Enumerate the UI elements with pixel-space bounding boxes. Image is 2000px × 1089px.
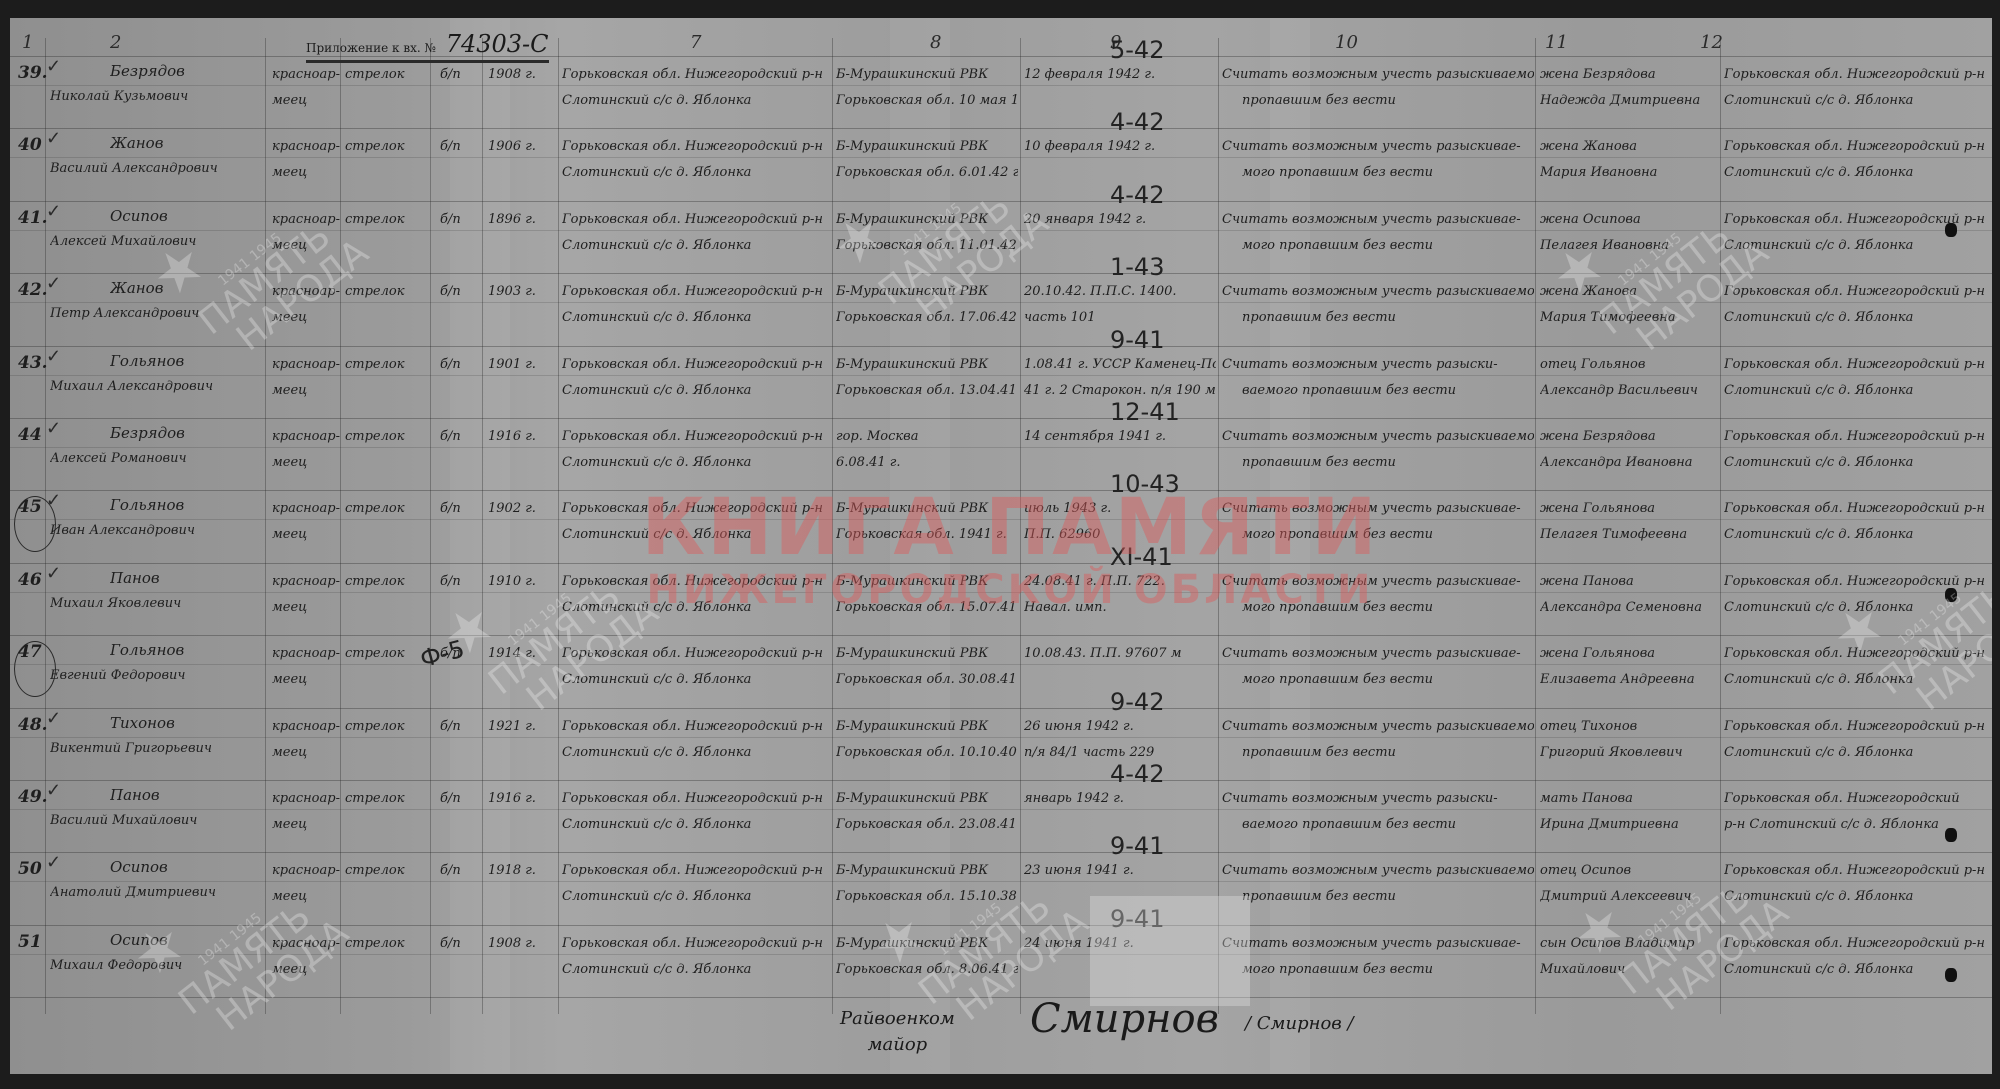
relative: жена Осипова xyxy=(1540,207,1718,233)
rank: красноар- xyxy=(272,931,342,957)
table-row: 49.✓ПановВасилий Михайловичкрасноар-меец… xyxy=(10,782,1992,854)
birth-year: 1906 г. xyxy=(488,134,558,160)
row-rule xyxy=(10,925,1992,926)
table-row: 39.✓БезрядовНиколай Кузьмовичкрасноар-ме… xyxy=(10,58,1992,130)
relative-address-cont: Слотинский с/с д. Яблонка xyxy=(1724,522,1986,548)
relative-address-cont: Слотинский с/с д. Яблонка xyxy=(1724,233,1986,259)
column-number: 10 xyxy=(1335,32,1358,53)
checkmark-icon: ✓ xyxy=(46,418,61,439)
birth-address-cont: Слотинский с/с д. Яблонка xyxy=(562,233,830,259)
callup-office: Б-Мурашкинский РВК xyxy=(836,714,1018,740)
classification-code: 5-42 xyxy=(1110,36,1164,64)
loss-date: 10.08.43. П.П. 97607 м xyxy=(1024,641,1216,667)
position: стрелок xyxy=(345,207,430,233)
handwritten-signature: Смирнов xyxy=(1030,996,1219,1042)
birth-year: 1916 г. xyxy=(488,786,558,812)
callup-office: Б-Мурашкинский РВК xyxy=(836,352,1018,378)
relative-name: Ирина Дмитриевна xyxy=(1540,812,1718,838)
checkmark-icon: ✓ xyxy=(46,56,61,77)
birth-address-cont: Слотинский с/с д. Яблонка xyxy=(562,450,830,476)
relative: отец Тихонов xyxy=(1540,714,1718,740)
table-row: 51ОсиповМихаил Федоровичкрасноар-меецстр… xyxy=(10,927,1992,999)
callup-office: Б-Мурашкинский РВК xyxy=(836,279,1018,305)
rank: красноар- xyxy=(272,279,342,305)
signer-title-line1: Райвоенком xyxy=(840,1006,955,1032)
relative-name: Мария Тимофеевна xyxy=(1540,305,1718,331)
relative: жена Жанова xyxy=(1540,134,1718,160)
loss-date: 12 февраля 1942 г. xyxy=(1024,62,1216,88)
relative-name: Григорий Яковлевич xyxy=(1540,740,1718,766)
birth-address-cont: Слотинский с/с д. Яблонка xyxy=(562,812,830,838)
relative-name: Александра Ивановна xyxy=(1540,450,1718,476)
given-name: Алексей Михайлович xyxy=(50,229,270,255)
checkmark-icon: ✓ xyxy=(46,490,61,511)
relative: отец Осипов xyxy=(1540,858,1718,884)
table-row: 42.✓ЖановПетр Александровичкрасноар-меец… xyxy=(10,275,1992,347)
given-name: Иван Александрович xyxy=(50,518,270,544)
callup-office: Б-Мурашкинский РВК xyxy=(836,786,1018,812)
relative-address-cont: Слотинский с/с д. Яблонка xyxy=(1724,305,1986,331)
loss-reason-cont: мого пропавшим без вести xyxy=(1242,522,1534,548)
loss-reason-cont: ваемого пропавшим без вести xyxy=(1242,378,1534,404)
loss-reason: Считать возможным учесть разыскивае- xyxy=(1222,569,1534,595)
relative-name: Александра Семеновна xyxy=(1540,595,1718,621)
loss-reason: Считать возможным учесть разыскиваемого xyxy=(1222,279,1534,305)
row-rule xyxy=(10,708,1992,709)
given-name: Василий Михайлович xyxy=(50,808,270,834)
position: стрелок xyxy=(345,786,430,812)
checkmark-icon: ✓ xyxy=(46,273,61,294)
signer-title-line2: майор xyxy=(840,1032,955,1058)
surname: Осипов xyxy=(110,927,260,953)
given-name: Викентий Григорьевич xyxy=(50,736,270,762)
birth-address: Горьковская обл. Нижегородский р-н xyxy=(562,786,830,812)
relative-name: Александр Васильевич xyxy=(1540,378,1718,404)
row-rule xyxy=(10,346,1992,347)
birth-year: 1914 г. xyxy=(488,641,558,667)
relative-address-cont: Слотинский с/с д. Яблонка xyxy=(1724,378,1986,404)
rank-cont: меец xyxy=(272,88,342,114)
row-number: 46 xyxy=(18,567,42,593)
relative: сын Осипов Владимир xyxy=(1540,931,1718,957)
birth-year: 1918 г. xyxy=(488,858,558,884)
row-rule xyxy=(10,201,1992,202)
surname: Тихонов xyxy=(110,710,260,736)
relative: жена Гольянова xyxy=(1540,641,1718,667)
callup-date: Горьковская обл. 23.08.41 г. xyxy=(836,812,1018,838)
callup-office: гор. Москва xyxy=(836,424,1018,450)
loss-reason: Считать возможным учесть разыскивае- xyxy=(1222,931,1534,957)
column-number: 8 xyxy=(930,32,941,53)
loss-date: 24.08.41 г. П.П. 722. xyxy=(1024,569,1216,595)
relative-name: Михайлович xyxy=(1540,957,1718,983)
relative: жена Безрядова xyxy=(1540,62,1718,88)
loss-reason: Считать возможным учесть разыскиваемого xyxy=(1222,714,1534,740)
birth-address: Горьковская обл. Нижегородский р-н xyxy=(562,134,830,160)
row-number: 39. xyxy=(18,60,48,86)
checkmark-icon: ✓ xyxy=(46,346,61,367)
birth-year: 1921 г. xyxy=(488,714,558,740)
party-status: б/п xyxy=(440,279,480,305)
position: стрелок xyxy=(345,62,430,88)
loss-date: 23 июня 1941 г. xyxy=(1024,858,1216,884)
callup-date: Горьковская обл. 15.10.38 г. xyxy=(836,884,1018,910)
checkmark-icon: ✓ xyxy=(46,128,61,149)
birth-address-cont: Слотинский с/с д. Яблонка xyxy=(562,522,830,548)
surname: Жанов xyxy=(110,275,260,301)
column-number: 12 xyxy=(1700,32,1723,53)
column-number: 1 xyxy=(22,32,33,53)
paper-hole xyxy=(1945,223,1957,237)
relative-name: Дмитрий Алексеевич xyxy=(1540,884,1718,910)
position: стрелок xyxy=(345,134,430,160)
row-rule xyxy=(10,635,1992,636)
loss-reason-cont: мого пропавшим без вести xyxy=(1242,233,1534,259)
loss-date: 14 сентября 1941 г. xyxy=(1024,424,1216,450)
loss-date: 1.08.41 г. УССР Каменец-Подольская xyxy=(1024,352,1216,378)
given-name: Михаил Александрович xyxy=(50,374,270,400)
surname: Безрядов xyxy=(110,420,260,446)
row-number: 40 xyxy=(18,132,42,158)
given-name: Василий Александрович xyxy=(50,156,270,182)
birth-address-cont: Слотинский с/с д. Яблонка xyxy=(562,305,830,331)
relative: отец Гольянов xyxy=(1540,352,1718,378)
callup-office: Б-Мурашкинский РВК xyxy=(836,858,1018,884)
table-row: 41.✓ОсиповАлексей Михайловичкрасноар-мее… xyxy=(10,203,1992,275)
birth-address-cont: Слотинский с/с д. Яблонка xyxy=(562,378,830,404)
party-status: б/п xyxy=(440,858,480,884)
row-number: 51 xyxy=(18,929,42,955)
rank-cont: меец xyxy=(272,667,342,693)
table-row: 40✓ЖановВасилий Александровичкрасноар-ме… xyxy=(10,130,1992,202)
classification-code: XI-41 xyxy=(1110,543,1173,571)
birth-year: 1902 г. xyxy=(488,496,558,522)
classification-code: 9-41 xyxy=(1110,832,1164,860)
rank-cont: меец xyxy=(272,233,342,259)
relative-address-cont: Слотинский с/с д. Яблонка xyxy=(1724,160,1986,186)
given-name: Николай Кузьмович xyxy=(50,84,270,110)
position: стрелок xyxy=(345,931,430,957)
callup-date: Горьковская обл. 6.01.42 г. xyxy=(836,160,1018,186)
relative: жена Жанова xyxy=(1540,279,1718,305)
loss-reason-cont: мого пропавшим без вести xyxy=(1242,667,1534,693)
relative-address: Горьковская обл. Нижегородский р-н xyxy=(1724,931,1986,957)
checkmark-icon: ✓ xyxy=(46,852,61,873)
given-name: Алексей Романович xyxy=(50,446,270,472)
rank-cont: меец xyxy=(272,160,342,186)
birth-address-cont: Слотинский с/с д. Яблонка xyxy=(562,740,830,766)
classification-code: 4-42 xyxy=(1110,181,1164,209)
loss-reason-cont: пропавшим без вести xyxy=(1242,88,1534,114)
row-rule xyxy=(10,490,1992,491)
position: стрелок xyxy=(345,714,430,740)
loss-reason-cont: пропавшим без вести xyxy=(1242,740,1534,766)
rank-cont: меец xyxy=(272,595,342,621)
relative-address-cont: Слотинский с/с д. Яблонка xyxy=(1724,667,1986,693)
relative-name: Пелагея Тимофеевна xyxy=(1540,522,1718,548)
loss-detail: Навал. имп. xyxy=(1024,595,1216,621)
birth-address: Горьковская обл. Нижегородский р-н xyxy=(562,424,830,450)
loss-reason-cont: мого пропавшим без вести xyxy=(1242,160,1534,186)
checkmark-icon: ✓ xyxy=(46,563,61,584)
rank-cont: меец xyxy=(272,378,342,404)
given-name: Анатолий Дмитриевич xyxy=(50,880,270,906)
relative-address: Горьковская обл. Нижегородский р-н xyxy=(1724,714,1986,740)
surname: Гольянов xyxy=(110,492,260,518)
row-number: 48. xyxy=(18,712,48,738)
classification-code: 1-43 xyxy=(1110,253,1164,281)
relative-address-cont: Слотинский с/с д. Яблонка xyxy=(1724,884,1986,910)
birth-year: 1916 г. xyxy=(488,424,558,450)
surname: Осипов xyxy=(110,854,260,880)
checkmark-icon: ✓ xyxy=(46,201,61,222)
surname: Жанов xyxy=(110,130,260,156)
birth-address-cont: Слотинский с/с д. Яблонка xyxy=(562,957,830,983)
surname: Гольянов xyxy=(110,637,260,663)
rank: красноар- xyxy=(272,858,342,884)
row-rule xyxy=(10,56,1992,57)
table-row: 50✓ОсиповАнатолий Дмитриевичкрасноар-мее… xyxy=(10,854,1992,926)
callup-office: Б-Мурашкинский РВК xyxy=(836,134,1018,160)
loss-date: январь 1942 г. xyxy=(1024,786,1216,812)
callup-date: Горьковская обл. 15.07.41 г. xyxy=(836,595,1018,621)
callup-date: Горьковская обл. 13.04.41 г. xyxy=(836,378,1018,404)
relative-address: Горьковская обл. Нижегородский р-н xyxy=(1724,858,1986,884)
loss-reason: Считать возможным учесть разыскивае- xyxy=(1222,641,1534,667)
relative-address-cont: Слотинский с/с д. Яблонка xyxy=(1724,88,1986,114)
relative-address: Горьковская обл. Нижегородский р-н xyxy=(1724,134,1986,160)
rank: красноар- xyxy=(272,62,342,88)
relative-address-cont: Слотинский с/с д. Яблонка xyxy=(1724,450,1986,476)
row-rule xyxy=(10,273,1992,274)
reference-label: Приложение к вх. № xyxy=(306,41,436,55)
party-status: б/п xyxy=(440,714,480,740)
rank: красноар- xyxy=(272,207,342,233)
loss-reason-cont: мого пропавшим без вести xyxy=(1242,595,1534,621)
given-name: Евгений Федорович xyxy=(50,663,270,689)
paper-patch xyxy=(1090,896,1250,1006)
loss-reason-cont: мого пропавшим без вести xyxy=(1242,957,1534,983)
surname: Безрядов xyxy=(110,58,260,84)
relative: жена Гольянова xyxy=(1540,496,1718,522)
rank-cont: меец xyxy=(272,957,342,983)
loss-reason: Считать возможным учесть разыскиваемого xyxy=(1222,62,1534,88)
row-rule xyxy=(10,780,1992,781)
birth-year: 1903 г. xyxy=(488,279,558,305)
relative-name: Елизавета Андреевна xyxy=(1540,667,1718,693)
rank-cont: меец xyxy=(272,884,342,910)
rank-cont: меец xyxy=(272,812,342,838)
callup-office: Б-Мурашкинский РВК xyxy=(836,931,1018,957)
column-number: 7 xyxy=(690,32,701,53)
row-number: 50 xyxy=(18,856,42,882)
document-sheet: 1 2 7 8 9 10 11 12 Приложение к вх. № 74… xyxy=(10,18,1992,1074)
loss-reason: Считать возможным учесть разыски- xyxy=(1222,352,1534,378)
relative: жена Безрядова xyxy=(1540,424,1718,450)
loss-reason: Считать возможным учесть разыскивае- xyxy=(1222,134,1534,160)
loss-reason-cont: пропавшим без вести xyxy=(1242,450,1534,476)
callup-date: Горьковская обл. 10.10.40 г. xyxy=(836,740,1018,766)
party-status: б/п xyxy=(440,352,480,378)
row-number: 47 xyxy=(18,639,42,665)
relative-name: Надежда Дмитриевна xyxy=(1540,88,1718,114)
birth-year: 1908 г. xyxy=(488,931,558,957)
surname: Панов xyxy=(110,565,260,591)
callup-office: Б-Мурашкинский РВК xyxy=(836,207,1018,233)
party-status: б/п xyxy=(440,134,480,160)
relative-address: Горьковская обл. Нижегородский р-н xyxy=(1724,641,1986,667)
row-number: 45 xyxy=(18,494,42,520)
party-status: б/п xyxy=(440,931,480,957)
signer-title: Райвоенком майор xyxy=(840,1006,955,1058)
row-number: 41. xyxy=(18,205,48,231)
given-name: Петр Александрович xyxy=(50,301,270,327)
party-status: б/п xyxy=(440,207,480,233)
callup-date: Горьковская обл. 17.06.42 г. xyxy=(836,305,1018,331)
paper-hole xyxy=(1945,828,1957,842)
row-rule xyxy=(10,563,1992,564)
position: стрелок xyxy=(345,496,430,522)
rank: красноар- xyxy=(272,134,342,160)
callup-office: Б-Мурашкинский РВК xyxy=(836,496,1018,522)
loss-date: 20.10.42. П.П.С. 1400. xyxy=(1024,279,1216,305)
position: стрелок xyxy=(345,352,430,378)
relative-name: Пелагея Ивановна xyxy=(1540,233,1718,259)
relative-address: Горьковская обл. Нижегородский р-н xyxy=(1724,352,1986,378)
rank: красноар- xyxy=(272,714,342,740)
loss-date: 20 января 1942 г. xyxy=(1024,207,1216,233)
loss-reason-cont: пропавшим без вести xyxy=(1242,305,1534,331)
loss-reason: Считать возможным учесть разыскиваемого xyxy=(1222,424,1534,450)
relative-address: Горьковская обл. Нижегородский р-н xyxy=(1724,62,1986,88)
birth-address-cont: Слотинский с/с д. Яблонка xyxy=(562,884,830,910)
party-status: б/п xyxy=(440,424,480,450)
birth-address: Горьковская обл. Нижегородский р-н xyxy=(562,641,830,667)
classification-code: 4-42 xyxy=(1110,108,1164,136)
callup-office: Б-Мурашкинский РВК xyxy=(836,569,1018,595)
table-row: 48.✓ТихоновВикентий Григорьевичкрасноар-… xyxy=(10,710,1992,782)
party-status: б/п xyxy=(440,786,480,812)
rank: красноар- xyxy=(272,352,342,378)
loss-reason: Считать возможным учесть разыскивае- xyxy=(1222,207,1534,233)
relative-address: Горьковская обл. Нижегородский xyxy=(1724,786,1986,812)
loss-date: 10 февраля 1942 г. xyxy=(1024,134,1216,160)
position: стрелок xyxy=(345,279,430,305)
callup-date: Горьковская обл. 30.08.41 г. xyxy=(836,667,1018,693)
column-number: 2 xyxy=(110,32,121,53)
given-name: Михаил Яковлевич xyxy=(50,591,270,617)
table-row: 43.✓ГольяновМихаил Александровичкрасноар… xyxy=(10,348,1992,420)
relative-address: Горьковская обл. Нижегородский р-н xyxy=(1724,424,1986,450)
birth-year: 1896 г. xyxy=(488,207,558,233)
row-rule xyxy=(10,418,1992,419)
checkmark-icon: ✓ xyxy=(46,780,61,801)
birth-address: Горьковская обл. Нижегородский р-н xyxy=(562,931,830,957)
callup-date: Горьковская обл. 10 мая 1941 г. xyxy=(836,88,1018,114)
position: стрелок xyxy=(345,569,430,595)
birth-address: Горьковская обл. Нижегородский р-н xyxy=(562,496,830,522)
birth-address: Горьковская обл. Нижегородский р-н xyxy=(562,352,830,378)
relative: жена Панова xyxy=(1540,569,1718,595)
row-rule xyxy=(10,997,1992,998)
table-row: 45✓ГольяновИван Александровичкрасноар-ме… xyxy=(10,492,1992,564)
relative-address-cont: Слотинский с/с д. Яблонка xyxy=(1724,740,1986,766)
relative-name: Мария Ивановна xyxy=(1540,160,1718,186)
loss-date: 26 июня 1942 г. xyxy=(1024,714,1216,740)
row-number: 49. xyxy=(18,784,48,810)
rank: красноар- xyxy=(272,496,342,522)
birth-address-cont: Слотинский с/с д. Яблонка xyxy=(562,160,830,186)
rank: красноар- xyxy=(272,569,342,595)
position: стрелок xyxy=(345,424,430,450)
birth-year: 1910 г. xyxy=(488,569,558,595)
birth-address-cont: Слотинский с/с д. Яблонка xyxy=(562,88,830,114)
column-number: 11 xyxy=(1545,32,1568,53)
rank-cont: меец xyxy=(272,522,342,548)
surname: Гольянов xyxy=(110,348,260,374)
paper-hole xyxy=(1945,968,1957,982)
loss-reason: Считать возможным учесть разыскиваемого xyxy=(1222,858,1534,884)
birth-year: 1908 г. xyxy=(488,62,558,88)
party-status: б/п xyxy=(440,62,480,88)
birth-address: Горьковская обл. Нижегородский р-н xyxy=(562,569,830,595)
callup-date: Горьковская обл. 11.01.42 г. xyxy=(836,233,1018,259)
birth-year: 1901 г. xyxy=(488,352,558,378)
table-row: 46✓ПановМихаил Яковлевичкрасноар-меецстр… xyxy=(10,565,1992,637)
classification-code: 4-42 xyxy=(1110,760,1164,788)
rank-cont: меец xyxy=(272,305,342,331)
birth-address: Горьковская обл. Нижегородский р-н xyxy=(562,714,830,740)
birth-address-cont: Слотинский с/с д. Яблонка xyxy=(562,595,830,621)
row-rule xyxy=(10,128,1992,129)
row-number: 43. xyxy=(18,350,48,376)
party-status: б/п xyxy=(440,569,480,595)
table-row: 47ГольяновЕвгений Федоровичкрасноар-меец… xyxy=(10,637,1992,709)
loss-reason: Считать возможным учесть разыски- xyxy=(1222,786,1534,812)
paper-hole xyxy=(1945,588,1957,602)
relative: мать Панова xyxy=(1540,786,1718,812)
classification-code: 9-41 xyxy=(1110,326,1164,354)
signer-name: / Смирнов / xyxy=(1245,1013,1354,1034)
birth-address: Горьковская обл. Нижегородский р-н xyxy=(562,858,830,884)
loss-date: июль 1943 г. xyxy=(1024,496,1216,522)
callup-office: Б-Мурашкинский РВК xyxy=(836,641,1018,667)
birth-address: Горьковская обл. Нижегородский р-н xyxy=(562,207,830,233)
classification-code: 9-42 xyxy=(1110,688,1164,716)
classification-code: 10-43 xyxy=(1110,470,1180,498)
party-status: б/п xyxy=(440,496,480,522)
given-name: Михаил Федорович xyxy=(50,953,270,979)
classification-code: 12-41 xyxy=(1110,398,1180,426)
birth-address: Горьковская обл. Нижегородский р-н xyxy=(562,62,830,88)
callup-date: 6.08.41 г. xyxy=(836,450,1018,476)
loss-reason-cont: пропавшим без вести xyxy=(1242,884,1534,910)
rank-cont: меец xyxy=(272,740,342,766)
row-rule xyxy=(10,852,1992,853)
birth-address: Горьковская обл. Нижегородский р-н xyxy=(562,279,830,305)
birth-address-cont: Слотинский с/с д. Яблонка xyxy=(562,667,830,693)
callup-office: Б-Мурашкинский РВК xyxy=(836,62,1018,88)
rank-cont: меец xyxy=(272,450,342,476)
rank: красноар- xyxy=(272,786,342,812)
table-row: 44✓БезрядовАлексей Романовичкрасноар-мее… xyxy=(10,420,1992,492)
row-number: 42. xyxy=(18,277,48,303)
loss-reason-cont: ваемого пропавшим без вести xyxy=(1242,812,1534,838)
relative-address: Горьковская обл. Нижегородский р-н xyxy=(1724,496,1986,522)
checkmark-icon: ✓ xyxy=(46,708,61,729)
relative-address: Горьковская обл. Нижегородский р-н xyxy=(1724,279,1986,305)
rank: красноар- xyxy=(272,641,342,667)
